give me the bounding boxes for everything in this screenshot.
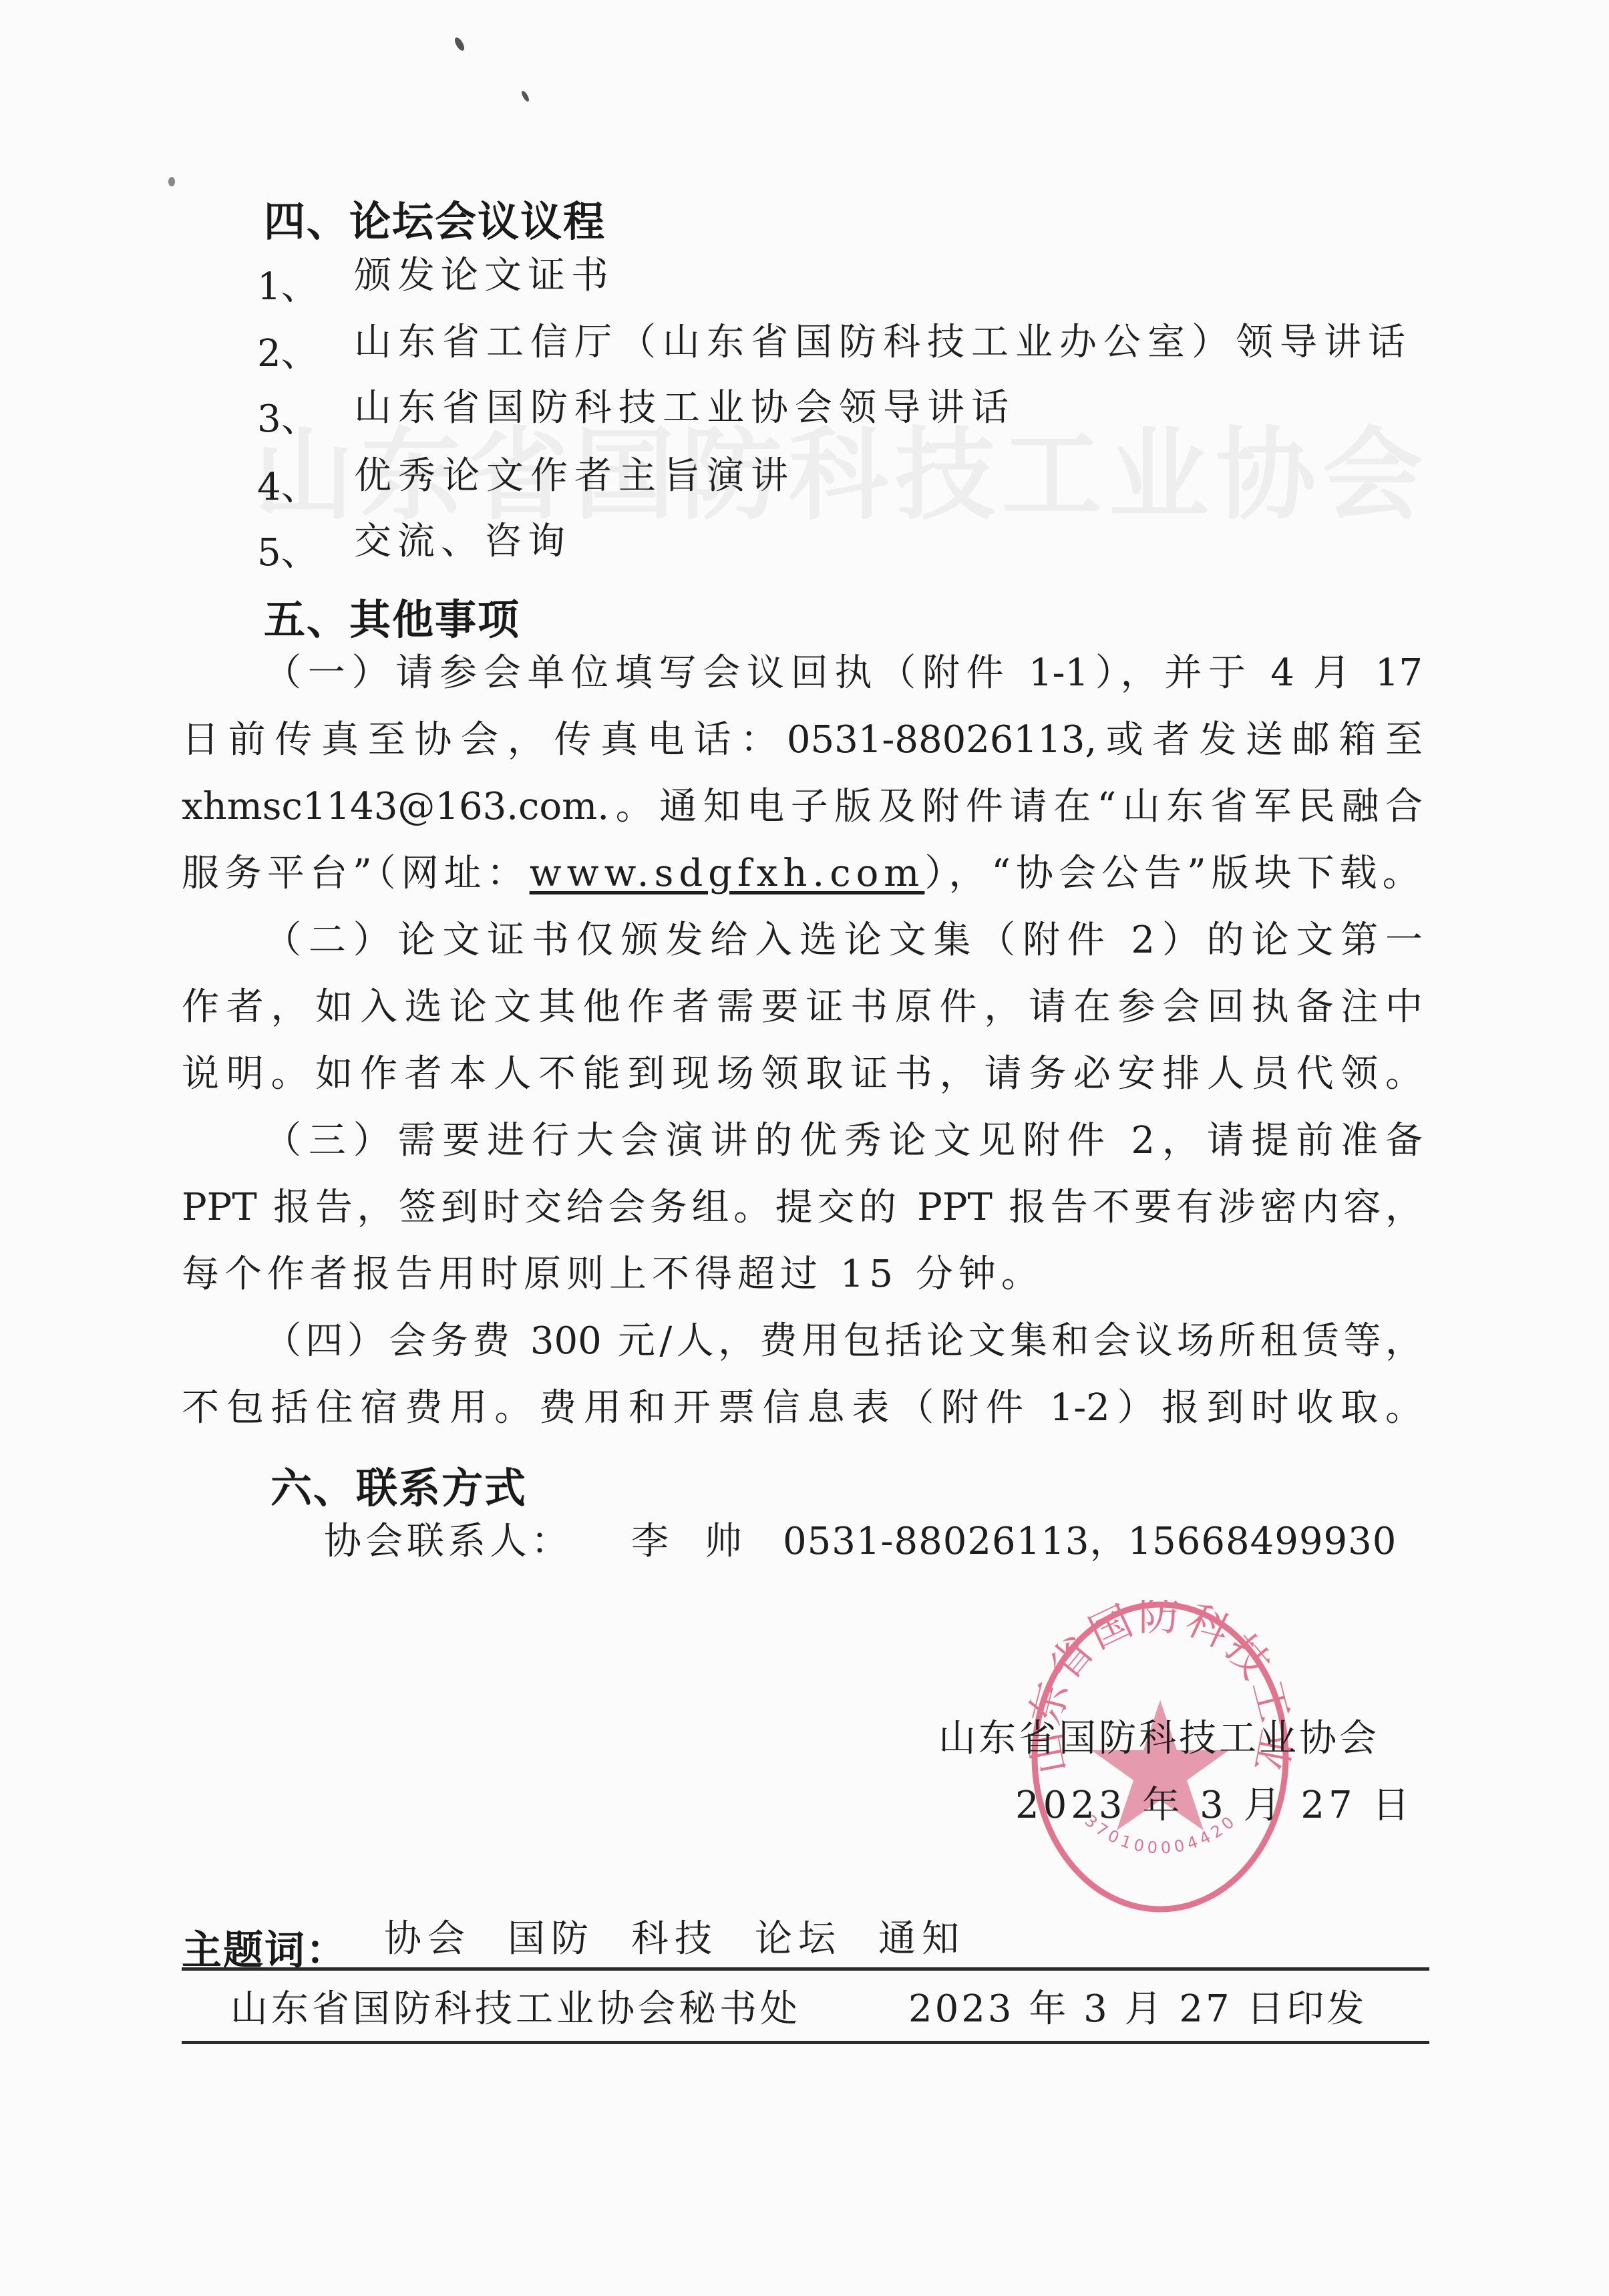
paragraph-line: 服务平台”（网址：www.sdgfxh.com），“协会公告”版块下载。 <box>182 855 1423 892</box>
paragraph-line: （一）请参会单位填写会议回执（附件 1-1），并于 4 月 17 <box>264 655 1423 692</box>
agenda-item-number: 2、 <box>257 324 319 377</box>
paragraph-line: （二）论文证书仅颁发给入选论文集（附件 2）的论文第一 <box>264 922 1423 959</box>
paragraph-line: 作者，如入选论文其他作者需要证书原件，请在参会回执备注中 <box>182 989 1423 1026</box>
keyword: 科技 <box>631 1921 718 1958</box>
divider-line <box>182 2041 1429 2044</box>
keyword: 协会 <box>384 1921 471 1958</box>
keyword: 论坛 <box>755 1921 842 1958</box>
paragraph-line: 日前传真至协会，传真电话：0531-88026113,或者发送邮箱至 <box>182 721 1423 759</box>
issuer: 山东省国防科技工业协会秘书处 <box>230 1991 801 2028</box>
agenda-item: 颁发论文证书 <box>354 257 614 295</box>
agenda-item-number: 5、 <box>257 523 319 577</box>
contact-name: 李 帅 <box>631 1523 746 1561</box>
section-heading-other-matters: 五、其他事项 <box>264 587 520 646</box>
paragraph-line: PPT 报告，签到时交给会务组。提交的 PPT 报告不要有涉密内容， <box>182 1189 1423 1226</box>
website-link[interactable]: www.sdgfxh.com <box>530 852 925 895</box>
agenda-item: 优秀论文作者主旨演讲 <box>354 458 795 495</box>
paragraph-line: （四）会务费 300 元/人，费用包括论文集和会议场所租赁等， <box>264 1323 1423 1360</box>
paragraph-line: 每个作者报告用时原则上不得超过 15 分钟。 <box>182 1256 1423 1293</box>
signature-date: 2023 年 3 月 27 日 <box>1015 1787 1413 1824</box>
agenda-item-number: 4、 <box>257 458 319 511</box>
section-heading-contact: 六、联系方式 <box>271 1455 527 1514</box>
contact-phones: 0531-88026113，15668499930 <box>783 1523 1397 1561</box>
contact-label: 协会联系人： <box>324 1523 572 1561</box>
scan-speck <box>453 36 466 52</box>
agenda-item: 交流、咨询 <box>354 523 571 560</box>
paragraph-line: xhmsc1143@163.com.。通知电子版及附件请在“山东省军民融合 <box>182 788 1423 826</box>
agenda-item-number: 3、 <box>257 389 319 443</box>
signature-org: 山东省国防科技工业协会 <box>938 1720 1379 1758</box>
issue-date: 2023 年 3 月 27 日印发 <box>908 1991 1367 2028</box>
section-heading-agenda: 四、论坛会议议程 <box>264 188 606 248</box>
paragraph-line: （三）需要进行大会演讲的优秀论文见附件 2，请提前准备 <box>264 1122 1423 1160</box>
paragraph-line: 说明。如作者本人不能到现场领取证书，请务必安排人员代领。 <box>182 1055 1423 1093</box>
text-segment: ），“协会公告”版块下载。 <box>924 852 1425 895</box>
scan-speck <box>520 90 530 102</box>
paragraph-line: 不包括住宿费用。费用和开票信息表（附件 1-2）报到时收取。 <box>182 1389 1423 1427</box>
divider-line <box>182 1967 1429 1971</box>
agenda-item: 山东省国防科技工业协会领导讲话 <box>354 389 1015 427</box>
text-segment: 服务平台”（网址： <box>182 852 530 895</box>
scan-speck <box>168 177 175 186</box>
agenda-item-number: 1、 <box>257 257 319 311</box>
keyword: 通知 <box>878 1921 965 1958</box>
agenda-item: 山东省工信厅（山东省国防科技工业办公室）领导讲话 <box>354 324 1412 361</box>
keyword: 国防 <box>508 1921 594 1958</box>
